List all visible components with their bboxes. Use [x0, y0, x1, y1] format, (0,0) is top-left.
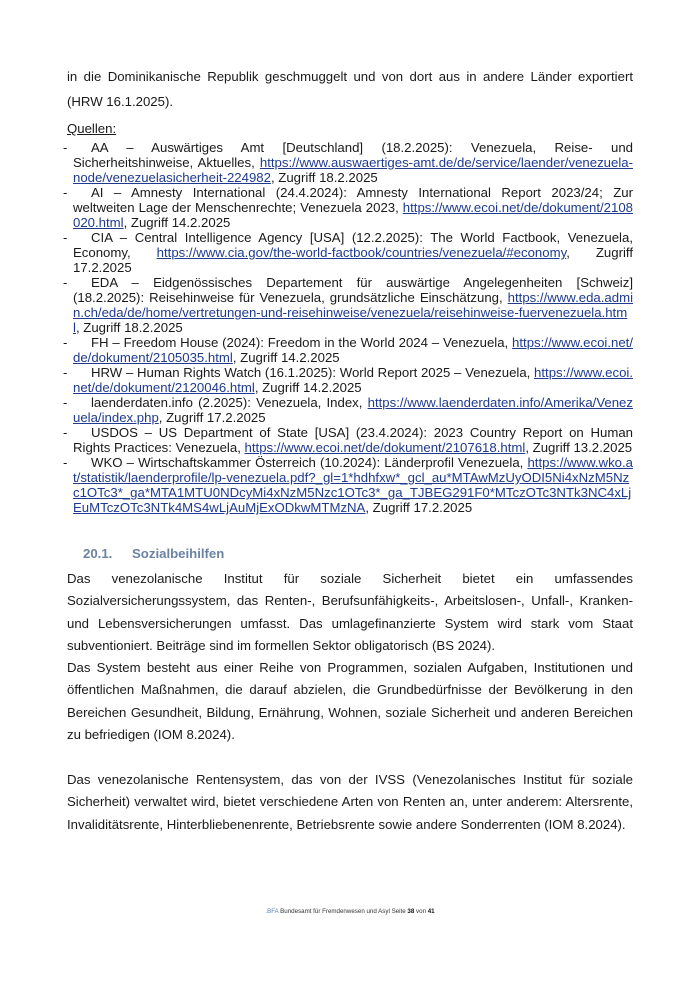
source-item: -CIA – Central Intelligence Agency [USA]… [63, 230, 633, 275]
bullet-dash: - [63, 425, 67, 440]
bullet-dash: - [63, 140, 67, 155]
source-access-date: , Zugriff 17.2.2025 [159, 410, 266, 425]
body-paragraph: Das System besteht aus einer Reihe von P… [67, 657, 633, 746]
source-link[interactable]: https://www.cia.gov/the-world-factbook/c… [157, 245, 567, 260]
source-item: -EDA – Eidgenössisches Departement für a… [63, 275, 633, 335]
source-link[interactable]: https://www.ecoi.net/de/dokument/2107618… [245, 440, 526, 455]
section-title: Sozialbeihilfen [132, 546, 224, 561]
source-access-date: , Zugriff 18.2.2025 [76, 320, 183, 335]
page-footer: .BFA Bundesamt für Fremdenwesen und Asyl… [0, 908, 700, 915]
bullet-dash: - [63, 335, 67, 350]
source-text: laenderdaten.info (2.2025): Venezuela, I… [73, 395, 368, 410]
source-item: -AI – Amnesty International (24.4.2024):… [63, 185, 633, 230]
page-total: 41 [428, 908, 435, 915]
section-number: 20.1. [83, 545, 132, 563]
intro-paragraph: in die Dominikanische Republik geschmugg… [67, 64, 633, 114]
body-paragraph: Das venezolanische Rentensystem, das von… [67, 769, 633, 836]
source-access-date: , Zugriff 14.2.2025 [233, 350, 340, 365]
source-item: -WKO – Wirtschaftskammer Österreich (10.… [63, 455, 633, 515]
source-item: -AA – Auswärtiges Amt [Deutschland] (18.… [63, 140, 633, 185]
source-item: -USDOS – US Department of State [USA] (2… [63, 425, 633, 455]
bullet-dash: - [63, 455, 67, 470]
source-item: -laenderdaten.info (2.2025): Venezuela, … [63, 395, 633, 425]
footer-of: von [414, 908, 427, 915]
bullet-dash: - [63, 230, 67, 245]
source-text: FH – Freedom House (2024): Freedom in th… [73, 335, 512, 350]
footer-org: Bundesamt für Fremdenwesen und Asyl Seit… [278, 908, 407, 915]
sources-list: -AA – Auswärtiges Amt [Deutschland] (18.… [63, 140, 633, 515]
source-item: -FH – Freedom House (2024): Freedom in t… [63, 335, 633, 365]
body-paragraph: Das venezolanische Institut für soziale … [67, 568, 633, 657]
bullet-dash: - [63, 365, 67, 380]
source-text: HRW – Human Rights Watch (16.1.2025): Wo… [73, 365, 534, 380]
bfa-logo-text: .BFA [265, 908, 278, 915]
sources-label: Quellen: [67, 119, 116, 139]
source-access-date: , Zugriff 17.2.2025 [365, 500, 472, 515]
source-access-date: , Zugriff 18.2.2025 [271, 170, 378, 185]
source-access-date: , Zugriff 14.2.2025 [255, 380, 362, 395]
source-item: -HRW – Human Rights Watch (16.1.2025): W… [63, 365, 633, 395]
bullet-dash: - [63, 395, 67, 410]
bullet-dash: - [63, 275, 67, 290]
source-text: WKO – Wirtschaftskammer Österreich (10.2… [73, 455, 527, 470]
section-heading: 20.1.Sozialbeihilfen [83, 545, 224, 563]
source-access-date: , Zugriff 13.2.2025 [525, 440, 632, 455]
source-access-date: , Zugriff 14.2.2025 [124, 215, 231, 230]
bullet-dash: - [63, 185, 67, 200]
